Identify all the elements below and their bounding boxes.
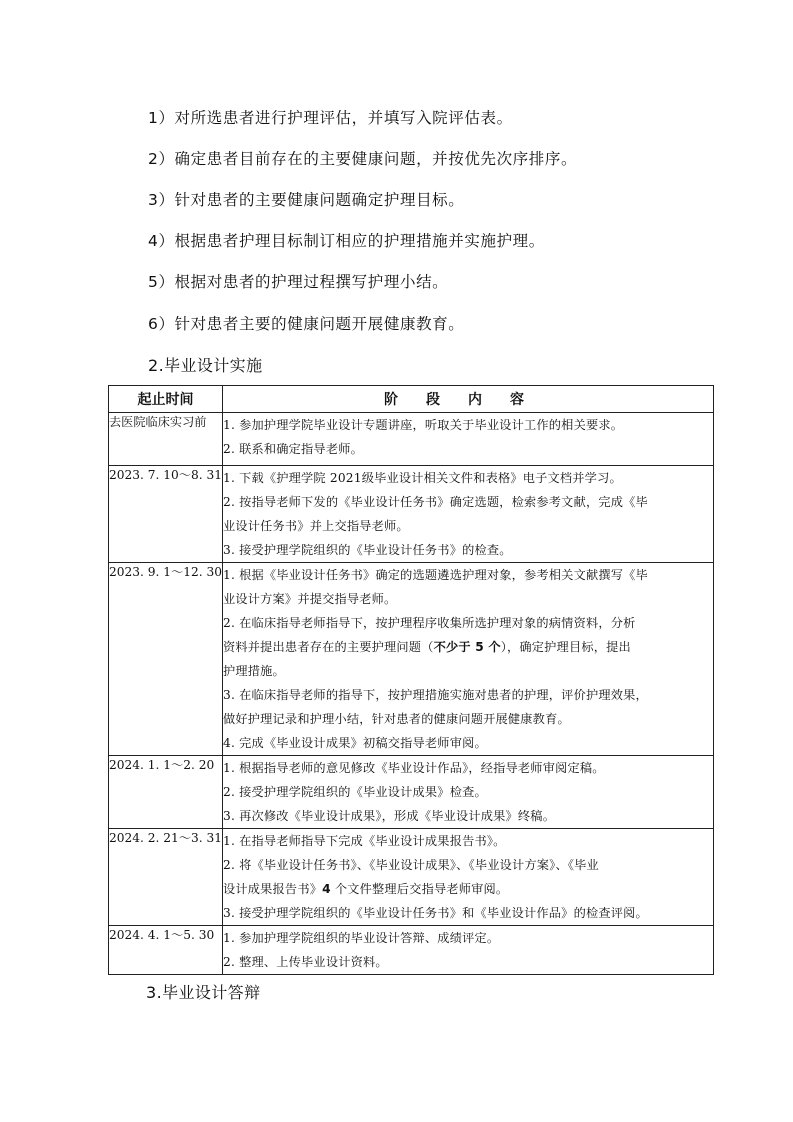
implementation-table: 起止时间 阶段内容 去医院临床实习前 1. 参加护理学院毕业设计专题讲座，听取关… xyxy=(108,385,714,975)
content-line: 2. 整理、上传毕业设计资料。 xyxy=(223,950,713,974)
content-line: 3. 在临床指导老师的指导下，按护理措施实施对患者的护理，评价护理效果， xyxy=(223,683,713,707)
row-content: 1. 在指导老师指导下完成《毕业设计成果报告书》。 2. 将《毕业设计任务书》、… xyxy=(223,829,714,926)
section-2-title: 2.毕业设计实施 xyxy=(148,355,262,377)
content-line: 2. 在临床指导老师指导下，按护理程序收集所选护理对象的病情资料，分析 xyxy=(223,611,713,635)
row-content: 1. 参加护理学院毕业设计专题讲座，听取关于毕业设计工作的相关要求。 2. 联系… xyxy=(223,413,714,466)
content-line: 3. 接受护理学院组织的《毕业设计任务书》和《毕业设计作品》的检查评阅。 xyxy=(223,901,713,925)
table-row: 去医院临床实习前 1. 参加护理学院毕业设计专题讲座，听取关于毕业设计工作的相关… xyxy=(109,413,714,466)
content-line: 3. 再次修改《毕业设计成果》，形成《毕业设计成果》终稿。 xyxy=(223,804,713,828)
table-row: 2024. 2. 21～3. 31 1. 在指导老师指导下完成《毕业设计成果报告… xyxy=(109,829,714,926)
table-row: 2023. 7. 10～8. 31 1. 下载《护理学院 2021级毕业设计相关… xyxy=(109,466,714,563)
header-time: 起止时间 xyxy=(109,386,223,413)
step-2: 2）确定患者目前存在的主要健康问题，并按优先次序排序。 xyxy=(148,148,577,170)
section-3-title: 3.毕业设计答辩 xyxy=(146,982,260,1004)
step-5: 5）根据对患者的护理过程撰写护理小结。 xyxy=(148,271,448,293)
table-row: 2023. 9. 1～12. 30 1. 根据《毕业设计任务书》确定的选题遴选护… xyxy=(109,563,714,756)
content-text: ），确定护理目标，提出 xyxy=(501,640,631,654)
content-line: 资料并提出患者存在的主要护理问题（不少于 5 个），确定护理目标，提出 xyxy=(223,635,713,659)
content-text: 资料并提出患者存在的主要护理问题（ xyxy=(223,640,434,654)
table-row: 2024. 1. 1～2. 20 1. 根据指导老师的意见修改《毕业设计作品》，… xyxy=(109,756,714,829)
row-time: 2024. 4. 1～5. 30 xyxy=(109,926,223,975)
content-line: 4. 完成《毕业设计成果》初稿交指导老师审阅。 xyxy=(223,731,713,755)
content-line: 业设计任务书》并上交指导老师。 xyxy=(223,514,713,538)
content-line: 1. 根据《毕业设计任务书》确定的选题遴选护理对象，参考相关文献撰写《毕 xyxy=(223,563,713,587)
content-line: 1. 参加护理学院组织的毕业设计答辩、成绩评定。 xyxy=(223,926,713,950)
header-content: 阶段内容 xyxy=(223,386,714,413)
row-time: 去医院临床实习前 xyxy=(109,413,223,466)
content-line: 3. 接受护理学院组织的《毕业设计任务书》的检查。 xyxy=(223,538,713,562)
row-time: 2023. 9. 1～12. 30 xyxy=(109,563,223,756)
row-content: 1. 下载《护理学院 2021级毕业设计相关文件和表格》电子文档并学习。 2. … xyxy=(223,466,714,563)
content-line: 1. 根据指导老师的意见修改《毕业设计作品》，经指导老师审阅定稿。 xyxy=(223,756,713,780)
content-line: 1. 在指导老师指导下完成《毕业设计成果报告书》。 xyxy=(223,829,713,853)
content-line: 2. 联系和确定指导老师。 xyxy=(223,437,713,461)
content-text: 个文件整理后交指导老师审阅。 xyxy=(331,882,509,896)
content-line: 2. 接受护理学院组织的《毕业设计成果》检查。 xyxy=(223,780,713,804)
content-line: 2. 将《毕业设计任务书》、《毕业设计成果》、《毕业设计方案》、《毕业 xyxy=(223,853,713,877)
content-line: 护理措施。 xyxy=(223,659,713,683)
step-6: 6）针对患者主要的健康问题开展健康教育。 xyxy=(148,313,464,335)
row-content: 1. 参加护理学院组织的毕业设计答辩、成绩评定。 2. 整理、上传毕业设计资料。 xyxy=(223,926,714,975)
content-line: 设计成果报告书》4 个文件整理后交指导老师审阅。 xyxy=(223,877,713,901)
step-4: 4）根据患者护理目标制订相应的护理措施并实施护理。 xyxy=(148,230,545,252)
row-content: 1. 根据《毕业设计任务书》确定的选题遴选护理对象，参考相关文献撰写《毕 业设计… xyxy=(223,563,714,756)
content-line: 1. 参加护理学院毕业设计专题讲座，听取关于毕业设计工作的相关要求。 xyxy=(223,413,713,437)
emphasis-text: 4 xyxy=(322,882,331,896)
emphasis-text: 不少于 5 个 xyxy=(434,640,501,654)
content-line: 业设计方案》并提交指导老师。 xyxy=(223,587,713,611)
row-time: 2024. 2. 21～3. 31 xyxy=(109,829,223,926)
step-3: 3）针对患者的主要健康问题确定护理目标。 xyxy=(148,189,464,211)
table-row: 2024. 4. 1～5. 30 1. 参加护理学院组织的毕业设计答辩、成绩评定… xyxy=(109,926,714,975)
content-line: 2. 按指导老师下发的《毕业设计任务书》确定选题，检索参考文献，完成《毕 xyxy=(223,490,713,514)
row-content: 1. 根据指导老师的意见修改《毕业设计作品》，经指导老师审阅定稿。 2. 接受护… xyxy=(223,756,714,829)
step-1: 1）对所选患者进行护理评估，并填写入院评估表。 xyxy=(148,107,513,129)
content-text: 设计成果报告书》 xyxy=(223,882,322,896)
content-line: 1. 下载《护理学院 2021级毕业设计相关文件和表格》电子文档并学习。 xyxy=(223,466,713,490)
content-line: 做好护理记录和护理小结，针对患者的健康问题开展健康教育。 xyxy=(223,707,713,731)
row-time: 2023. 7. 10～8. 31 xyxy=(109,466,223,563)
table-header-row: 起止时间 阶段内容 xyxy=(109,386,714,413)
row-time: 2024. 1. 1～2. 20 xyxy=(109,756,223,829)
